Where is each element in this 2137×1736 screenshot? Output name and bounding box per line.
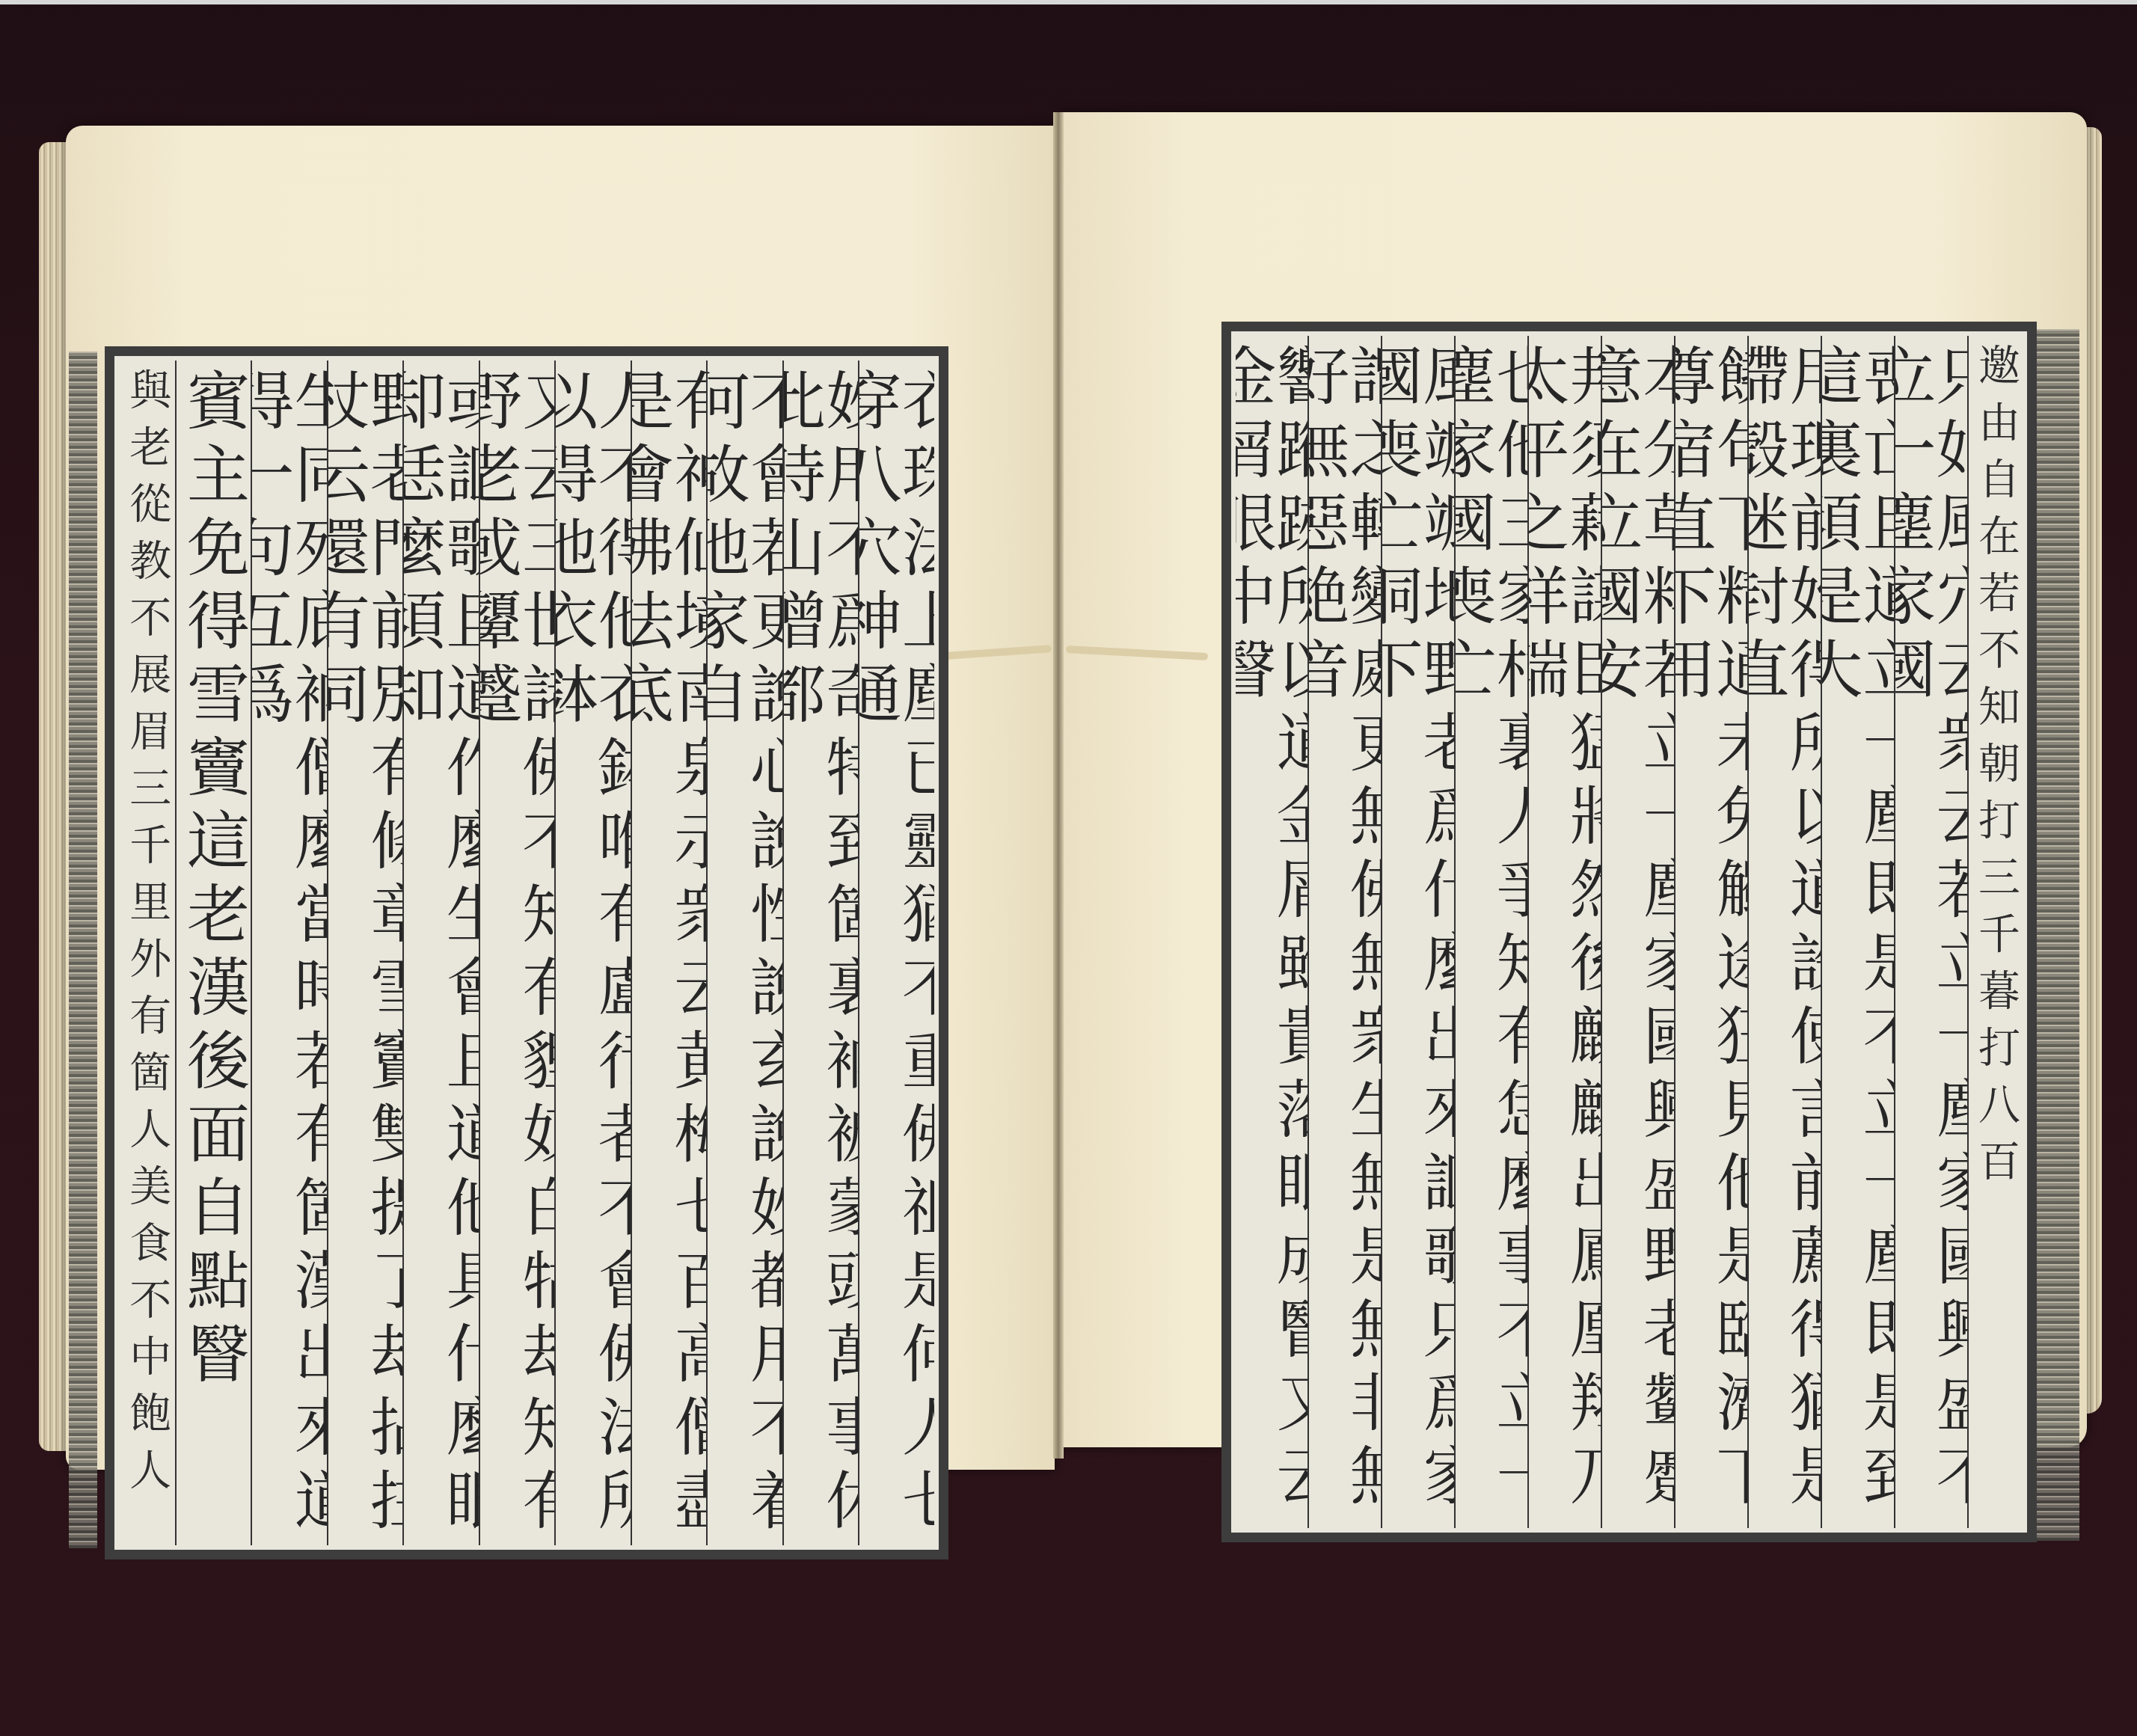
column-text: 只如風穴云衆云若立一塵家國興盛不立一塵家國	[1894, 343, 1967, 1528]
text-column: 妙用不爲奇特到箇裏衲被蒙頭萬事休此時山僧都	[782, 361, 859, 1545]
text-column: 野老門前別有條章雪竇雙提了却拈拄杖云還有同	[327, 361, 403, 1545]
column-text: 又云三世諸佛不知有貍奴白牯却知有野老或顰蹙	[479, 368, 555, 1545]
verse-column: 邀由自在若不知朝打三千暮打八百	[1967, 336, 2023, 1528]
left-text-frame: 衣珠法上塵已靈猶不重佛祖是何人七穿八穴神通 妙用不爲奇特到箇裏衲被蒙頭萬事休此時…	[105, 346, 948, 1559]
text-column: 賓主免得雪竇這老漢後面自點瞖	[175, 361, 251, 1545]
text-column: 喪亡且道立一塵即是不立一塵即是到這裏須是大	[1821, 336, 1894, 1528]
column-text: 響蹤跡所以道金屑雖貴落眼成瞖又云金屑眼中瞖	[1236, 343, 1307, 1528]
text-column: 有神仙境南泉示衆云黄梅七百高僧盡是會佛法底	[631, 361, 707, 1545]
column-text: 風颯颯地野老爲什麼出來謳歌只爲家國喪亡洞下	[1381, 343, 1454, 1528]
text-column: 也他三家村裏人爭知有恁麼事不立一塵家國喪亡	[1454, 336, 1527, 1528]
column-text: 謂之轉變處更無佛無衆生無是無非無好無惡絶音	[1307, 343, 1381, 1528]
column-text: 賓主免得雪竇這老漢後面自點瞖	[182, 368, 245, 1394]
column-text: 邦須藉謀臣猛將然後麒麟出鳳凰翔乃太平之祥瑞	[1527, 343, 1601, 1528]
column-text: 喪亡且道立一塵即是不立一塵即是到這裏須是大	[1821, 343, 1894, 1528]
column-text: 妙用不爲奇特到箇裏衲被蒙頭萬事休此時山僧都	[782, 368, 859, 1545]
left-fore-edge	[39, 142, 69, 1451]
column-text: 有神仙境南泉示衆云黄梅七百高僧盡是會佛法底	[631, 368, 707, 1545]
text-column: 衣珠法上塵已靈猶不重佛祖是何人七穿八穴神通	[858, 361, 934, 1545]
column-text: 也他三家村裏人爭知有恁麼事不立一塵家國喪亡	[1454, 343, 1527, 1528]
left-page-banxin	[69, 352, 97, 1548]
column-text: 或謳歌且道作麼生會且道他具什麼眼却恁麼須知	[402, 368, 479, 1545]
column-text: 人不得他衣鉢唯有盧行者不會佛法所以得他衣鉢	[554, 368, 631, 1545]
text-column: 邦須藉謀臣猛將然後麒麟出鳳凰翔乃太平之祥瑞	[1527, 336, 1601, 1528]
text-column: 人不得他衣鉢唯有盧行者不會佛法所以得他衣鉢	[554, 361, 631, 1545]
column-text: 邀由自在若不知朝打三千暮打八百	[1975, 343, 2017, 1196]
text-column: 又云三世諸佛不知有貍奴白牯却知有野老或顰蹙	[479, 361, 555, 1545]
right-columns: 邀由自在若不知朝打三千暮打八百 只如風穴云衆云若立一塵家國興盛不立一塵家國 喪亡…	[1236, 336, 2023, 1528]
text-column: 只如風穴云衆云若立一塵家國興盛不立一塵家國	[1894, 336, 1967, 1528]
text-column: 或謳歌且道作麼生會且道他具什麼眼却恁麼須知	[402, 361, 479, 1545]
text-column: 謂之轉變處更無佛無衆生無是無非無好無惡絶音	[1307, 336, 1381, 1528]
text-column: 生同死底衲僧麼當時若有箇漢出來道得一句互爲	[251, 361, 327, 1545]
column-text: 饒句下精通未免觸途狂見他是臨濟下尊宿直下用	[1674, 343, 1747, 1528]
scan-top-strip	[0, 0, 2137, 4]
column-text: 生同死底衲僧麼當時若有箇漢出來道得一句互爲	[251, 368, 327, 1545]
text-column: 本分草料若立一塵家國興盛野老顰蹙意在立國安	[1601, 336, 1674, 1528]
text-column: 用現前始得所以道設使言前薦得猶是滯殼迷封直	[1747, 336, 1821, 1528]
column-text: 與老從教不展眉三千里外有箇人美食不中飽人	[126, 368, 168, 1505]
column-text: 野老門前別有條章雪竇雙提了却拈拄杖云還有同	[327, 368, 403, 1545]
right-page-banxin	[2033, 329, 2079, 1541]
left-columns: 衣珠法上塵已靈猶不重佛祖是何人七穿八穴神通 妙用不爲奇特到箇裏衲被蒙頭萬事休此時…	[119, 361, 934, 1545]
verse-column: 與老從教不展眉三千里外有箇人美食不中飽人	[119, 361, 175, 1545]
column-text: 本分草料若立一塵家國興盛野老顰蹙意在立國安	[1601, 343, 1674, 1528]
text-column: 不會若更說心說性說玄說妙都用不着何故他家自	[706, 361, 782, 1545]
column-text: 用現前始得所以道設使言前薦得猶是滯殼迷封直	[1747, 343, 1821, 1528]
text-column: 風颯颯地野老爲什麼出來謳歌只爲家國喪亡洞下	[1381, 336, 1454, 1528]
book-gutter	[1053, 112, 1064, 1459]
text-column: 饒句下精通未免觸途狂見他是臨濟下尊宿直下用	[1674, 336, 1747, 1528]
text-column: 響蹤跡所以道金屑雖貴落眼成瞖又云金屑眼中瞖	[1236, 336, 1307, 1528]
column-text: 衣珠法上塵已靈猶不重佛祖是何人七穿八穴神通	[858, 368, 934, 1545]
right-text-frame: 邀由自在若不知朝打三千暮打八百 只如風穴云衆云若立一塵家國興盛不立一塵家國 喪亡…	[1221, 322, 2037, 1542]
column-text: 不會若更說心說性說玄說妙都用不着何故他家自	[706, 368, 782, 1545]
